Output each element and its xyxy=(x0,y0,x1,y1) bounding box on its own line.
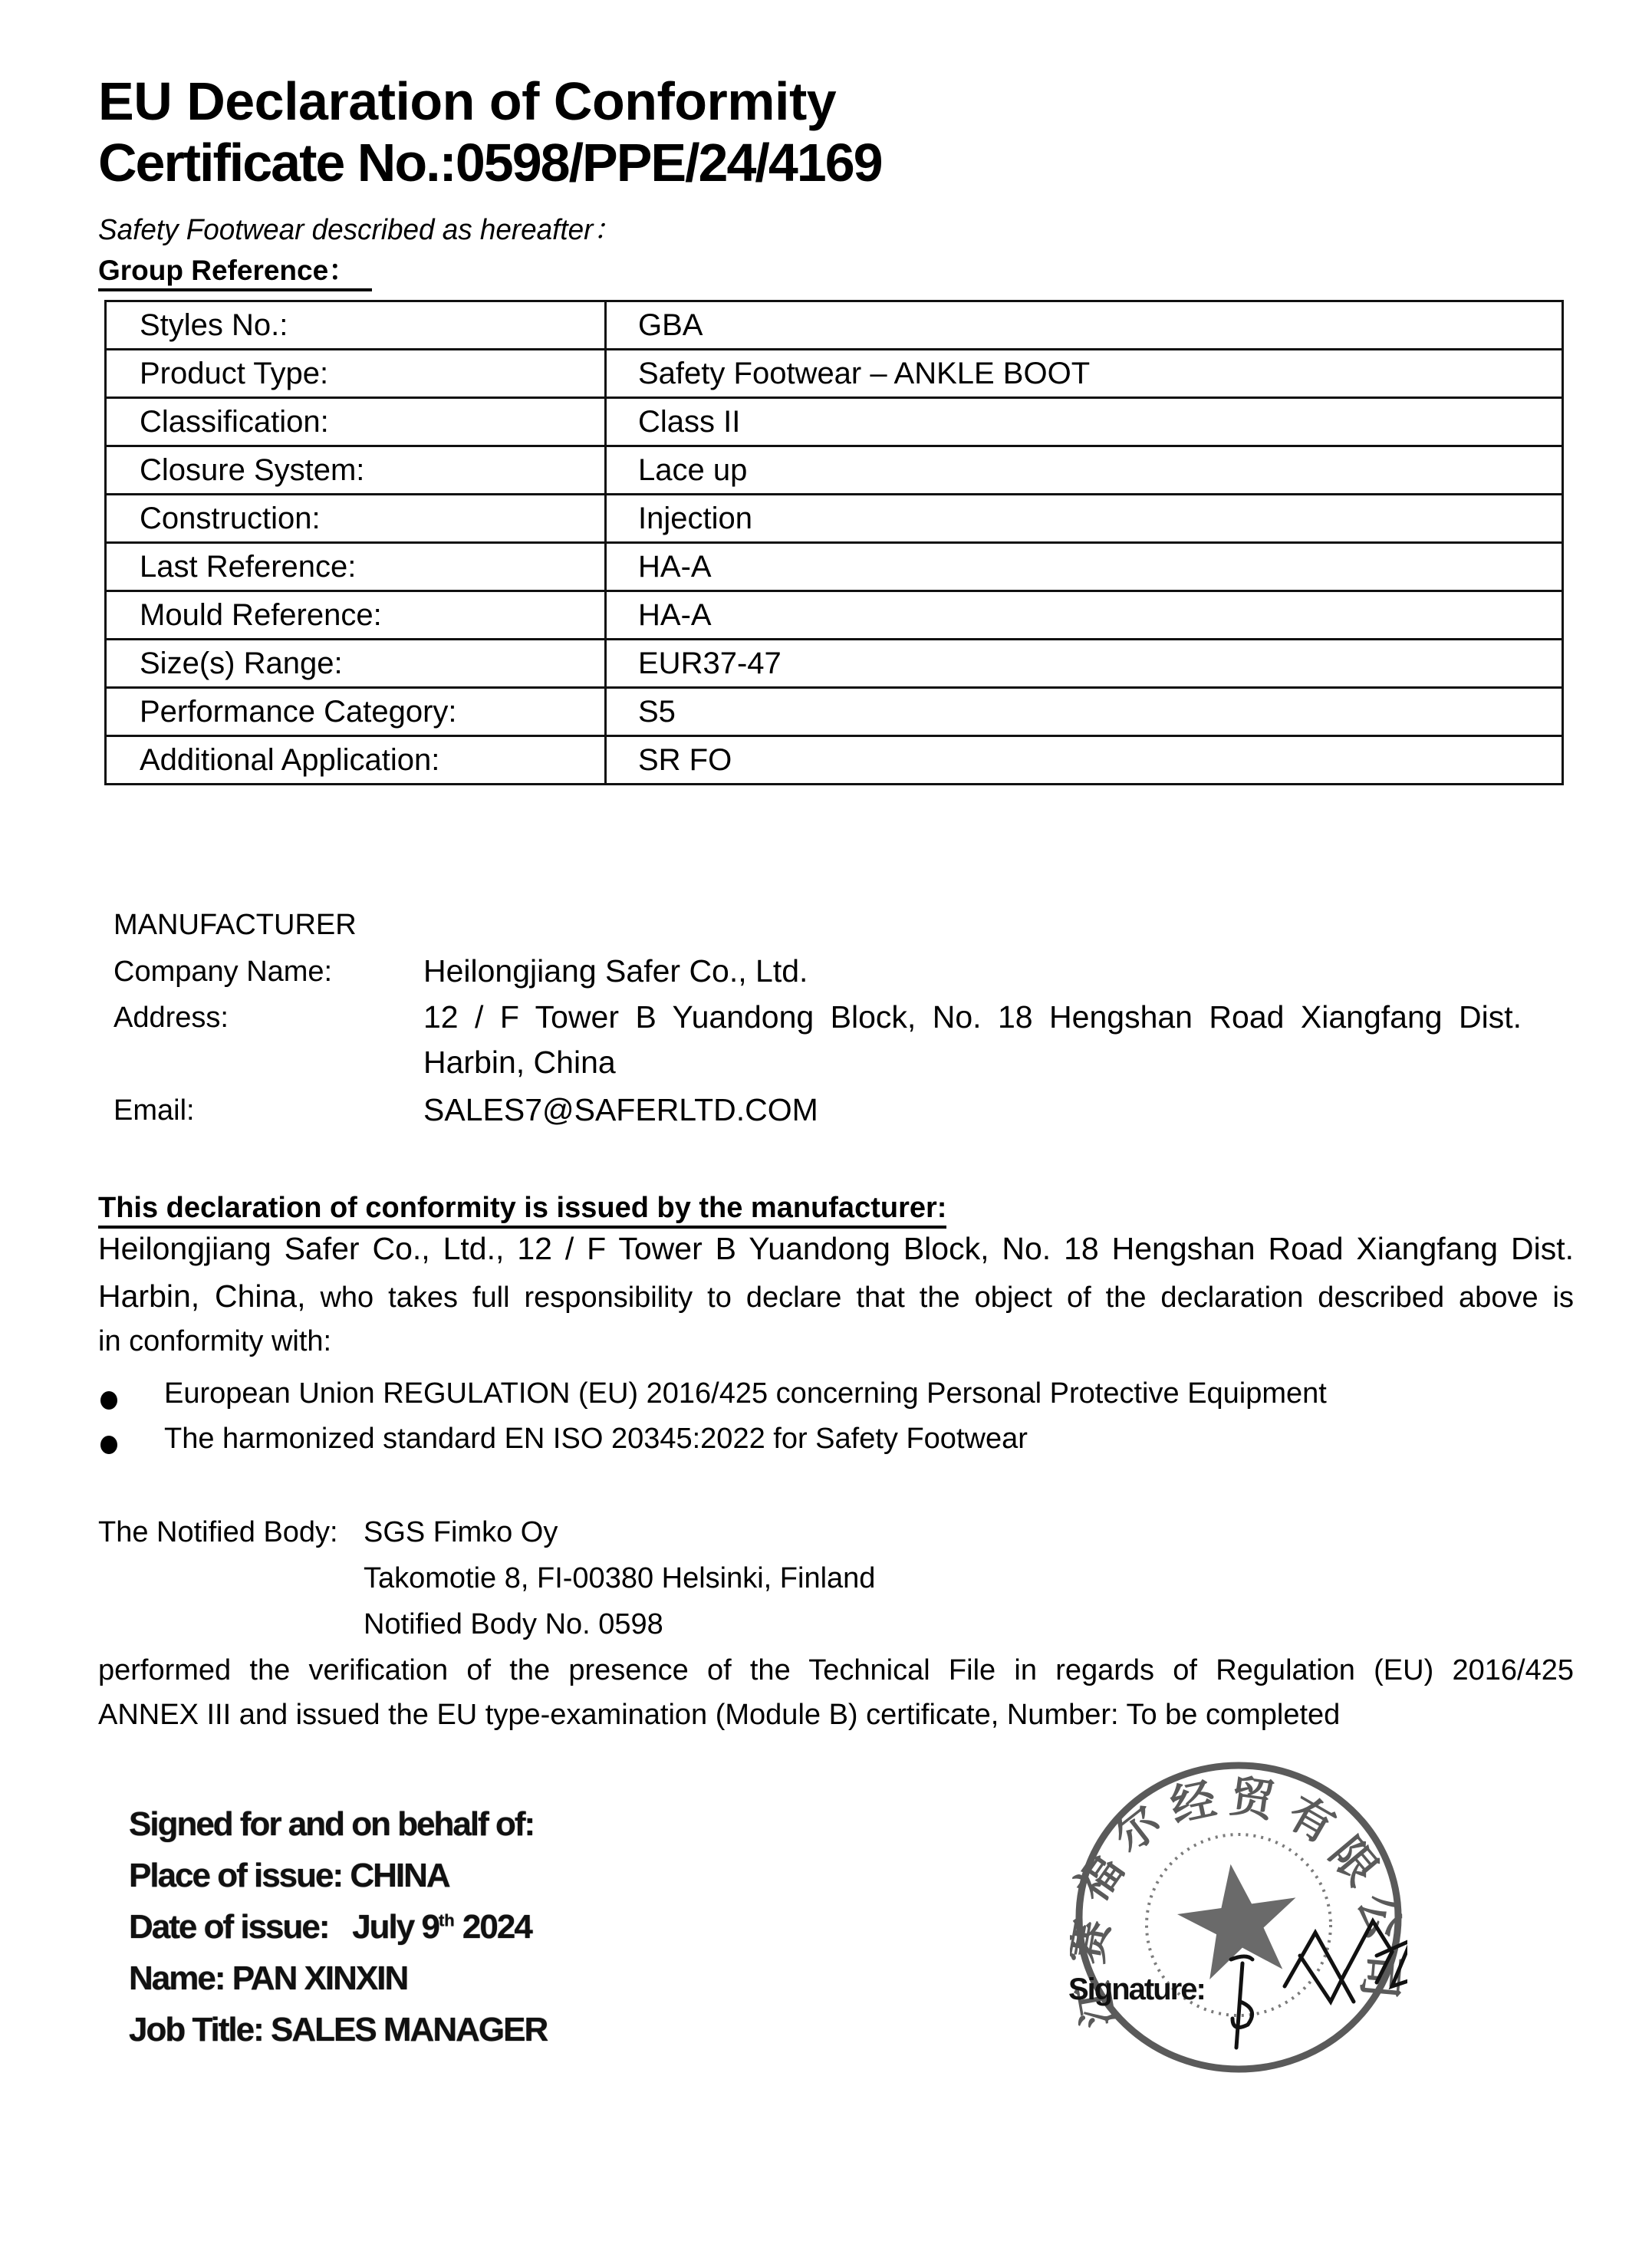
spec-value: HA-A xyxy=(606,591,1563,640)
group-reference-heading: Group Reference： xyxy=(98,253,372,291)
declaration-line-2-text: who takes full responsibility to declare… xyxy=(306,1282,1575,1314)
spec-label: Size(s) Range: xyxy=(106,640,606,688)
company-name-value: Heilongjiang Safer Co., Ltd. xyxy=(423,953,808,989)
svg-text:尔: 尔 xyxy=(1104,1795,1171,1863)
svg-text:赛: 赛 xyxy=(1070,1915,1119,1968)
address-label: Address: xyxy=(114,1002,229,1035)
product-spec-table: Styles No.:GBAProduct Type:Safety Footwe… xyxy=(104,300,1564,785)
svg-text:经: 经 xyxy=(1166,1772,1220,1833)
table-row: Last Reference:HA-A xyxy=(106,543,1563,591)
date-superscript: th xyxy=(439,1910,455,1930)
declaration-line-1: Heilongjiang Safer Co., Ltd., 12 / F Tow… xyxy=(98,1231,1574,1267)
signed-for-label: Signed for and on behalf of: xyxy=(129,1805,534,1844)
spec-label: Styles No.: xyxy=(106,301,606,350)
spec-label: Additional Application: xyxy=(106,736,606,785)
job-title: Job Title: SALES MANAGER xyxy=(129,2011,547,2049)
spec-label: Construction: xyxy=(106,495,606,543)
table-row: Size(s) Range:EUR37-47 xyxy=(106,640,1563,688)
declaration-line-3: in conformity with: xyxy=(98,1325,1574,1358)
date-of-issue: Date of issue: July 9th 2024 xyxy=(129,1908,531,1946)
table-row: Styles No.:GBA xyxy=(106,301,1563,350)
table-row: Product Type:Safety Footwear – ANKLE BOO… xyxy=(106,350,1563,398)
svg-text:贸: 贸 xyxy=(1226,1769,1279,1828)
table-row: Performance Category:S5 xyxy=(106,688,1563,736)
date-year: 2024 xyxy=(455,1908,531,1946)
spec-label: Performance Category: xyxy=(106,688,606,736)
spec-value: GBA xyxy=(606,301,1563,350)
spec-value: S5 xyxy=(606,688,1563,736)
address-line-1: 12 / F Tower B Yuandong Block, No. 18 He… xyxy=(423,999,1522,1035)
bullet-item-regulation: European Union REGULATION (EU) 2016/425 … xyxy=(164,1377,1327,1410)
table-row: Additional Application:SR FO xyxy=(106,736,1563,785)
spec-value: HA-A xyxy=(606,543,1563,591)
notified-body-name: SGS Fimko Oy xyxy=(364,1516,558,1549)
document-title: EU Declaration of Conformity xyxy=(98,71,836,132)
signature-label: Signature: xyxy=(1068,1973,1205,2007)
subtitle: Safety Footwear described as hereafter： xyxy=(98,206,621,248)
declaration-heading: This declaration of conformity is issued… xyxy=(98,1190,946,1229)
table-row: Mould Reference:HA-A xyxy=(106,591,1563,640)
table-row: Classification:Class II xyxy=(106,398,1563,446)
signer-name: Name: PAN XINXIN xyxy=(129,1959,407,1998)
email-value[interactable]: SALES7@SAFERLTD.COM xyxy=(423,1092,818,1128)
spec-value: Class II xyxy=(606,398,1563,446)
email-label: Email: xyxy=(114,1094,195,1127)
certificate-number: Certificate No.:0598/PPE/24/4169 xyxy=(98,132,882,193)
company-seal-icon: 福 尔 经 贸 有 限 公 司 赛 江 xyxy=(1070,1756,1407,2078)
spec-value: Lace up xyxy=(606,446,1563,495)
bullet-icon xyxy=(100,1436,117,1454)
spec-label: Mould Reference: xyxy=(106,591,606,640)
company-name-label: Company Name: xyxy=(114,956,332,989)
bullet-icon xyxy=(100,1391,117,1410)
spec-label: Product Type: xyxy=(106,350,606,398)
spec-value: Safety Footwear – ANKLE BOOT xyxy=(606,350,1563,398)
address-line-2: Harbin, China xyxy=(423,1045,616,1081)
declaration-line-2-company: Harbin, China, xyxy=(98,1278,306,1314)
manufacturer-heading: MANUFACTURER xyxy=(114,909,357,942)
place-of-issue: Place of issue: CHINA xyxy=(129,1857,449,1895)
notified-body-address: Takomotie 8, FI-00380 Helsinki, Finland xyxy=(364,1562,875,1595)
verification-line-2: ANNEX III and issued the EU type-examina… xyxy=(98,1699,1574,1732)
spec-value: Injection xyxy=(606,495,1563,543)
notified-body-number: Notified Body No. 0598 xyxy=(364,1608,663,1641)
notified-body-label: The Notified Body: xyxy=(98,1516,338,1549)
bullet-item-standard: The harmonized standard EN ISO 20345:202… xyxy=(164,1423,1028,1456)
spec-label: Closure System: xyxy=(106,446,606,495)
spec-value: SR FO xyxy=(606,736,1563,785)
declaration-line-2: Harbin, China, who takes full responsibi… xyxy=(98,1278,1574,1314)
date-prefix: Date of issue: July 9 xyxy=(129,1908,439,1946)
table-row: Closure System:Lace up xyxy=(106,446,1563,495)
spec-value: EUR37-47 xyxy=(606,640,1563,688)
spec-label: Last Reference: xyxy=(106,543,606,591)
spec-label: Classification: xyxy=(106,398,606,446)
table-row: Construction:Injection xyxy=(106,495,1563,543)
verification-line-1: performed the verification of the presen… xyxy=(98,1654,1574,1687)
